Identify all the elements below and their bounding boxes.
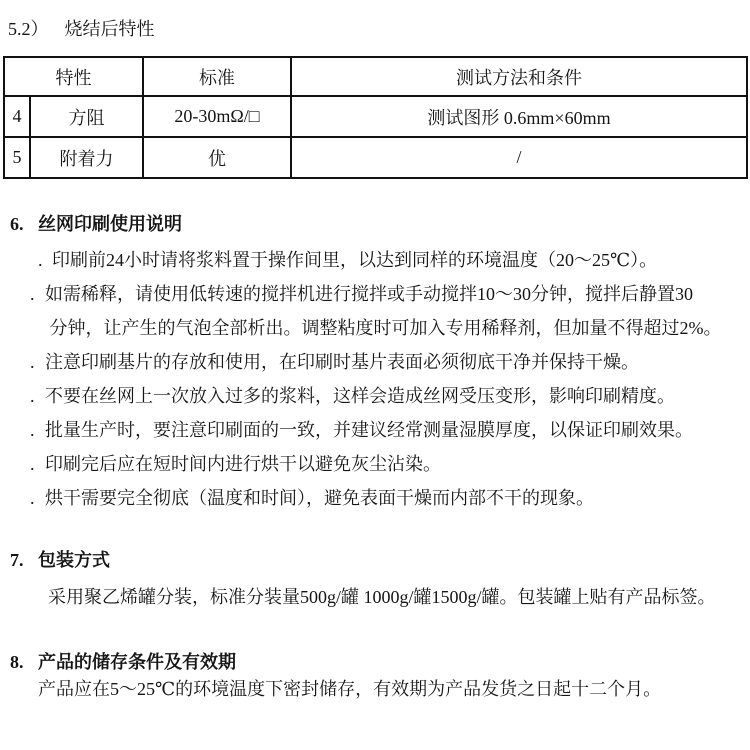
bullet-text: 批量生产时，要注意印刷面的一致，并建议经常测量湿膜厚度，以保证印刷效果。 [45,420,693,440]
section-6-title: 丝网印刷使用说明 [38,213,182,235]
section-6-number: 6. [10,213,38,235]
header-cell-standard: 标准 [143,57,291,96]
bullet-marker: . [30,277,35,311]
list-item: . 批量生产时，要注意印刷面的一致，并建议经常测量湿膜厚度，以保证印刷效果。 [0,413,750,447]
section-6-heading: 6. 丝网印刷使用说明 [10,213,750,235]
header-cell-characteristic: 特性 [4,57,143,96]
list-item: . 烘干需要完全彻底（温度和时间），避免表面干燥而内部不干的现象。 [0,481,750,515]
bullet-text: 烘干需要完全彻底（温度和时间），避免表面干燥而内部不干的现象。 [45,488,594,508]
packaging-description: 采用聚乙烯罐分装，标准分装量500g/罐 1000g/罐1500g/罐。包装罐上… [48,585,750,609]
table-row: 4 方阻 20-30mΩ/□ 测试图形 0.6mm×60mm [4,96,747,137]
bullet-marker: . [30,413,35,447]
storage-description: 产品应在5～25℃的环境温度下密封储存，有效期为产品发货之日起十二个月。 [38,677,750,701]
standard-cell: 20-30mΩ/□ [143,96,291,137]
screen-printing-instructions-list: . 印刷前24小时请将浆料置于操作间里，以达到同样的环境温度（20～25℃）。 … [0,243,750,515]
document-page: 5.2） 烧结后特性 特性 标准 测试方法和条件 4 方阻 20-30mΩ/□ … [0,0,750,750]
bullet-text: 印刷前24小时请将浆料置于操作间里，以达到同样的环境温度（20～25℃）。 [52,250,657,270]
bullet-marker: . [30,481,35,515]
section-5-2-text: 烧结后特性 [65,18,155,40]
post-sintering-properties-table: 特性 标准 测试方法和条件 4 方阻 20-30mΩ/□ 测试图形 0.6mm×… [3,56,748,179]
section-8-number: 8. [10,651,38,673]
row-number-cell: 5 [4,137,30,178]
section-8-title: 产品的储存条件及有效期 [38,651,236,673]
section-5-2-title: 5.2） 烧结后特性 [8,0,750,40]
list-item: . 如需稀释，请使用低转速的搅拌机进行搅拌或手动搅拌10～30分钟，搅拌后静置3… [0,277,750,345]
standard-cell: 优 [143,137,291,178]
list-item: . 印刷完后应在短时间内进行烘干以避免灰尘沾染。 [0,447,750,481]
method-cell: 测试图形 0.6mm×60mm [291,96,747,137]
list-item: . 印刷前24小时请将浆料置于操作间里，以达到同样的环境温度（20～25℃）。 [0,243,750,277]
list-item: . 不要在丝网上一次放入过多的浆料，这样会造成丝网受压变形，影响印刷精度。 [0,379,750,413]
bullet-text: 如需稀释，请使用低转速的搅拌机进行搅拌或手动搅拌10～30分钟，搅拌后静置30 … [45,284,722,338]
bullet-text: 不要在丝网上一次放入过多的浆料，这样会造成丝网受压变形，影响印刷精度。 [45,386,675,406]
section-7-title: 包装方式 [38,549,110,571]
section-7-number: 7. [10,549,38,571]
section-5-2-number: 5.2） [8,18,49,40]
method-cell: / [291,137,747,178]
bullet-marker: . [38,243,43,277]
bullet-text: 印刷完后应在短时间内进行烘干以避免灰尘沾染。 [45,454,441,474]
section-8-heading: 8. 产品的储存条件及有效期 [10,651,750,673]
bullet-marker: . [30,379,35,413]
header-cell-method: 测试方法和条件 [291,57,747,96]
bullet-marker: . [30,447,35,481]
bullet-marker: . [30,345,35,379]
table-row: 5 附着力 优 / [4,137,747,178]
row-number-cell: 4 [4,96,30,137]
bullet-text: 注意印刷基片的存放和使用，在印刷时基片表面必须彻底干净并保持干燥。 [45,352,639,372]
section-7-heading: 7. 包装方式 [10,549,750,571]
characteristic-cell: 方阻 [30,96,143,137]
table-header-row: 特性 标准 测试方法和条件 [4,57,747,96]
list-item: . 注意印刷基片的存放和使用，在印刷时基片表面必须彻底干净并保持干燥。 [0,345,750,379]
characteristic-cell: 附着力 [30,137,143,178]
